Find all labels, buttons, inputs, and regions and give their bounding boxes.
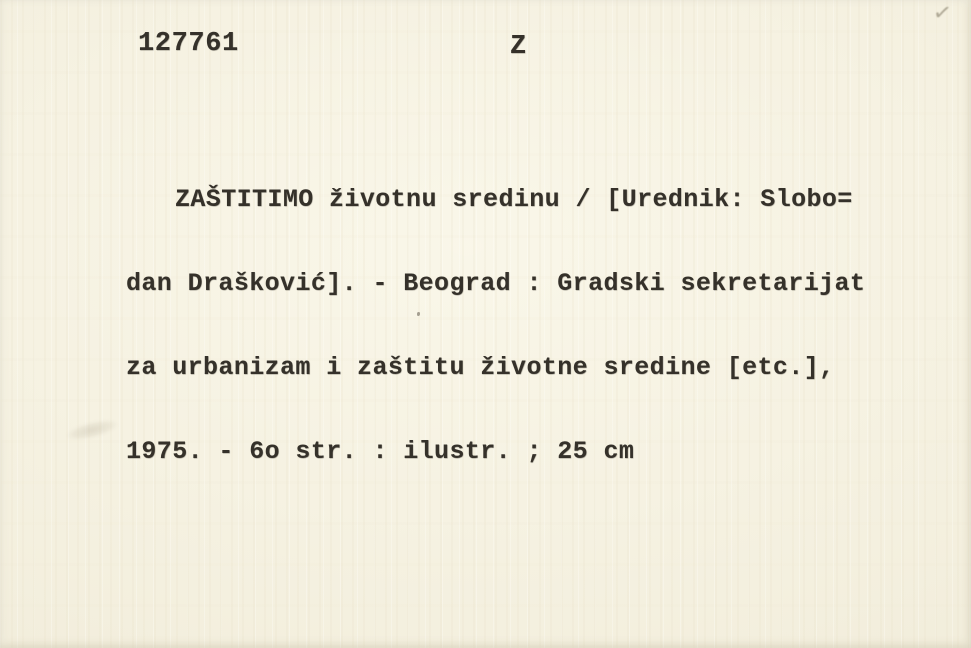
call-number: 127761 xyxy=(138,29,239,59)
entry-line: ZAŠTITIMO životnu sredinu / [Urednik: Sl… xyxy=(126,186,916,214)
entry-paragraph: ZAŠTITIMO životnu sredinu / [Urednik: Sl… xyxy=(126,130,916,522)
classification-letter: Z xyxy=(510,32,526,62)
catalog-card: 127761 Z ZAŠTITIMO životnu sredinu / [Ur… xyxy=(0,0,971,648)
entry-line: 1975. - 6o str. : ilustr. ; 25 cm xyxy=(126,438,916,466)
entry-line: dan Drašković]. - Beograd : Gradski sekr… xyxy=(126,270,916,298)
paper-smudge xyxy=(57,412,128,448)
entry-line: za urbanizam i zaštitu životne sredine [… xyxy=(126,354,916,382)
pencil-checkmark-icon: ✓ xyxy=(931,0,953,27)
